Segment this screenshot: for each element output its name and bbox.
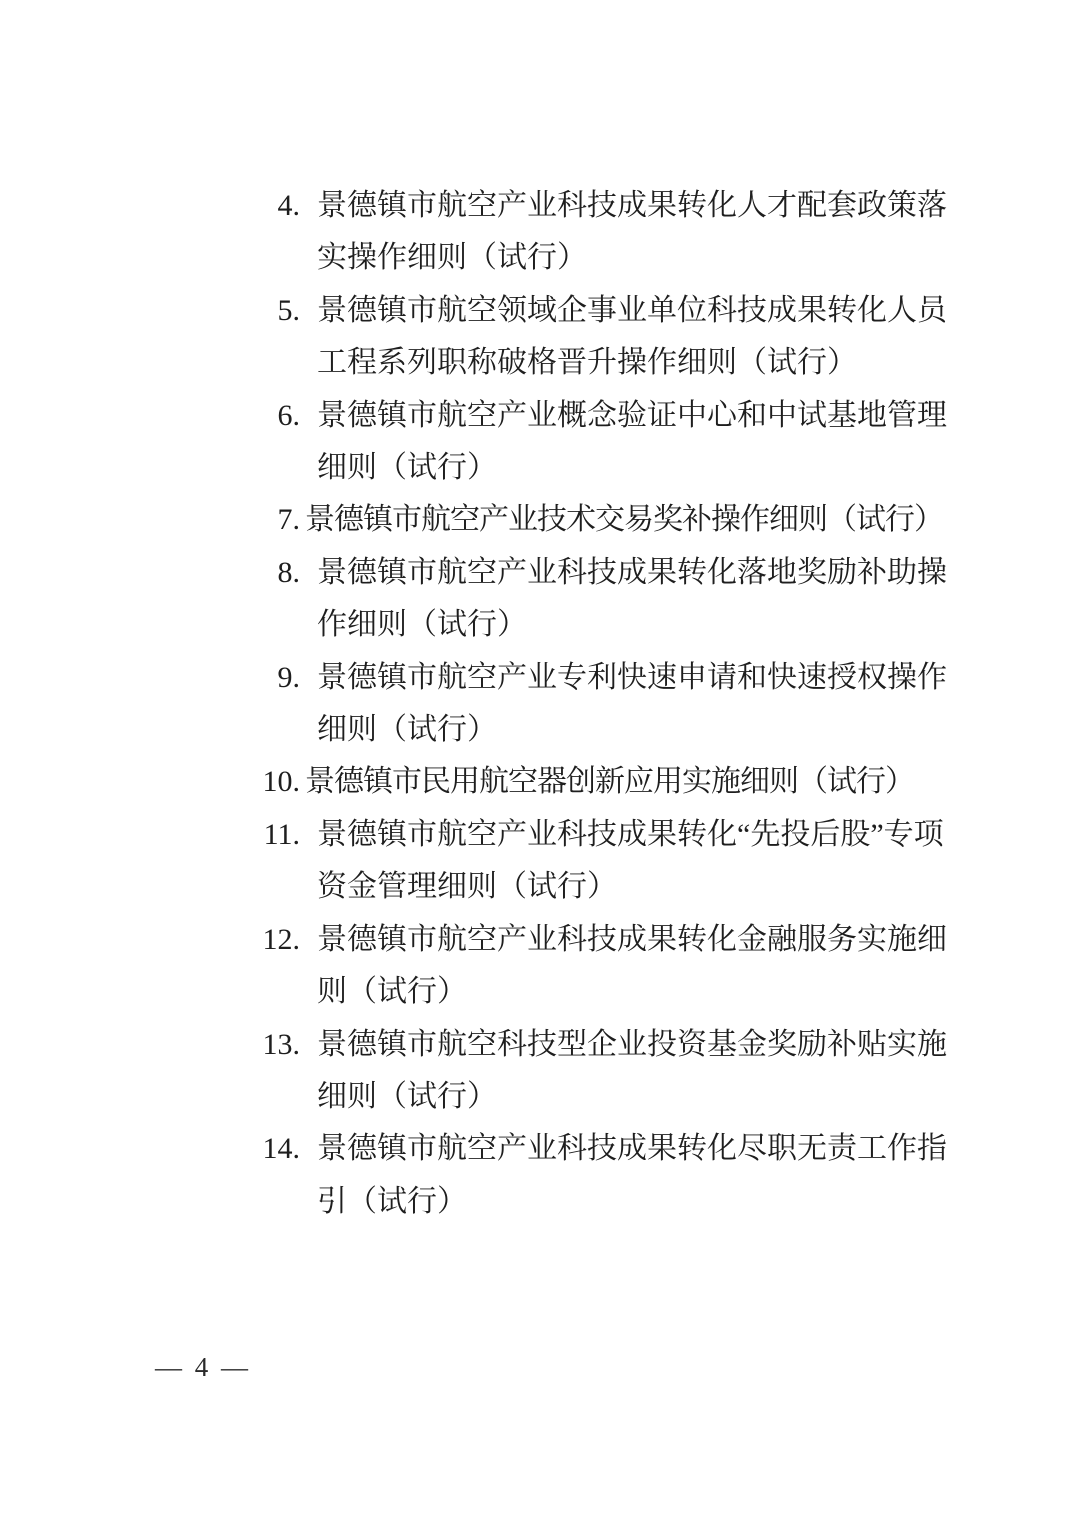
- item-number: 6.: [253, 390, 317, 442]
- item-text-line: 则（试行）: [317, 966, 953, 1018]
- item-text-line: 景德镇市航空产业科技成果转化人才配套政策落: [317, 180, 953, 232]
- item-number: 8.: [253, 547, 317, 599]
- item-text: 景德镇市航空产业科技成果转化尽职无责工作指引（试行）: [317, 1123, 953, 1228]
- item-text: 景德镇市航空产业科技成果转化落地奖励补助操作细则（试行）: [317, 547, 953, 652]
- list-item: 7.景德镇市航空产业技术交易奖补操作细则（试行）: [253, 494, 953, 546]
- item-text-line: 景德镇市航空领域企事业单位科技成果转化人员: [317, 285, 953, 337]
- item-text-line: 景德镇市航空产业技术交易奖补操作细则（试行）: [305, 494, 953, 546]
- item-text: 景德镇市民用航空器创新应用实施细则（试行）: [305, 756, 953, 808]
- list-item: 8.景德镇市航空产业科技成果转化落地奖励补助操作细则（试行）: [253, 547, 953, 652]
- item-text-line: 景德镇市航空产业科技成果转化金融服务实施细: [317, 914, 953, 966]
- list-item: 14.景德镇市航空产业科技成果转化尽职无责工作指引（试行）: [253, 1123, 953, 1228]
- item-number: 4.: [253, 180, 317, 232]
- item-text-line: 景德镇市航空科技型企业投资基金奖励补贴实施: [317, 1019, 953, 1071]
- list-item: 10.景德镇市民用航空器创新应用实施细则（试行）: [253, 756, 953, 808]
- item-number: 11.: [253, 809, 317, 861]
- page-footer: — 4 —: [155, 1352, 251, 1383]
- item-text-line: 景德镇市航空产业科技成果转化“先投后股”专项: [317, 809, 953, 861]
- item-text-line: 景德镇市航空产业专利快速申请和快速授权操作: [317, 652, 953, 704]
- item-text-line: 细则（试行）: [317, 442, 953, 494]
- list-item: 11.景德镇市航空产业科技成果转化“先投后股”专项资金管理细则（试行）: [253, 809, 953, 914]
- item-text-line: 细则（试行）: [317, 704, 953, 756]
- item-text-line: 景德镇市航空产业科技成果转化尽职无责工作指: [317, 1123, 953, 1175]
- item-text-line: 作细则（试行）: [317, 599, 953, 651]
- item-text-line: 资金管理细则（试行）: [317, 861, 953, 913]
- item-text-line: 景德镇市民用航空器创新应用实施细则（试行）: [305, 756, 953, 808]
- item-number: 13.: [253, 1019, 317, 1071]
- document-page: 4.景德镇市航空产业科技成果转化人才配套政策落实操作细则（试行）5.景德镇市航空…: [0, 0, 1074, 1520]
- item-text: 景德镇市航空科技型企业投资基金奖励补贴实施细则（试行）: [317, 1019, 953, 1124]
- item-text-line: 细则（试行）: [317, 1071, 953, 1123]
- list-item: 5.景德镇市航空领域企事业单位科技成果转化人员工程系列职称破格晋升操作细则（试行…: [253, 285, 953, 390]
- item-number: 12.: [253, 914, 317, 966]
- page-number: — 4 —: [155, 1352, 251, 1382]
- list-item: 4.景德镇市航空产业科技成果转化人才配套政策落实操作细则（试行）: [253, 180, 953, 285]
- item-text: 景德镇市航空产业科技成果转化金融服务实施细则（试行）: [317, 914, 953, 1019]
- item-text: 景德镇市航空产业科技成果转化人才配套政策落实操作细则（试行）: [317, 180, 953, 285]
- item-number: 5.: [253, 285, 317, 337]
- item-text: 景德镇市航空领域企事业单位科技成果转化人员工程系列职称破格晋升操作细则（试行）: [317, 285, 953, 390]
- list-item: 13.景德镇市航空科技型企业投资基金奖励补贴实施细则（试行）: [253, 1019, 953, 1124]
- list-item: 6.景德镇市航空产业概念验证中心和中试基地管理细则（试行）: [253, 390, 953, 495]
- item-text: 景德镇市航空产业概念验证中心和中试基地管理细则（试行）: [317, 390, 953, 495]
- item-text-line: 实操作细则（试行）: [317, 232, 953, 284]
- item-text: 景德镇市航空产业科技成果转化“先投后股”专项资金管理细则（试行）: [317, 809, 953, 914]
- item-number: 14.: [253, 1123, 317, 1175]
- numbered-list: 4.景德镇市航空产业科技成果转化人才配套政策落实操作细则（试行）5.景德镇市航空…: [253, 180, 953, 1228]
- item-text: 景德镇市航空产业技术交易奖补操作细则（试行）: [305, 494, 953, 546]
- item-text-line: 工程系列职称破格晋升操作细则（试行）: [317, 337, 953, 389]
- item-text-line: 景德镇市航空产业概念验证中心和中试基地管理: [317, 390, 953, 442]
- item-text: 景德镇市航空产业专利快速申请和快速授权操作细则（试行）: [317, 652, 953, 757]
- list-item: 9.景德镇市航空产业专利快速申请和快速授权操作细则（试行）: [253, 652, 953, 757]
- item-text-line: 引（试行）: [317, 1176, 953, 1228]
- item-text-line: 景德镇市航空产业科技成果转化落地奖励补助操: [317, 547, 953, 599]
- item-number: 9.: [253, 652, 317, 704]
- list-item: 12.景德镇市航空产业科技成果转化金融服务实施细则（试行）: [253, 914, 953, 1019]
